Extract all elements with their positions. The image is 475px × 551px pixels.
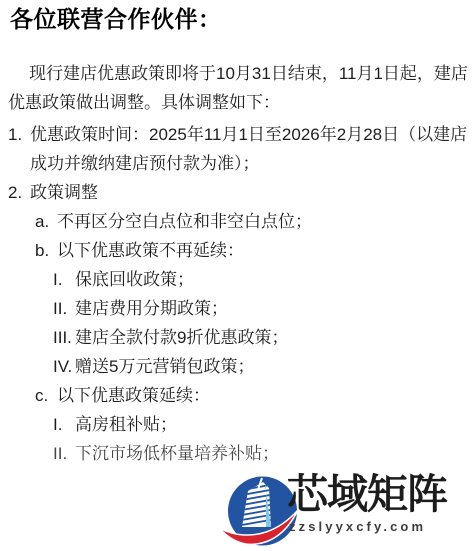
list-marker: IV. — [53, 352, 75, 381]
brand-text-block: 芯域矩阵 zzslyyxcfy.com — [287, 471, 447, 534]
list-item-2b-iv: IV. 赠送5万元营销包政策； — [8, 352, 470, 381]
list-item-2c: c. 以下优惠政策延续： — [8, 381, 470, 410]
list-item-2b-i: I. 保底回收政策； — [8, 265, 470, 294]
brand-name: 芯域矩阵 — [287, 471, 447, 518]
list-text: 政策调整 — [30, 178, 470, 207]
list-item-2b: b. 以下优惠政策不再延续： — [8, 236, 470, 265]
list-item-2c-i: I. 高房租补贴； — [8, 410, 470, 439]
document-page: 各位联营合作伙伴： 现行建店优惠政策即将于10月31日结束，11月1日起，建店优… — [0, 0, 475, 551]
list-marker: b. — [35, 236, 57, 265]
list-item-2b-iii: III. 建店全款付款9折优惠政策； — [8, 323, 470, 352]
brand-url: zzslyyxcfy.com — [289, 519, 447, 534]
list-item-2b-ii: II. 建店费用分期政策； — [8, 294, 470, 323]
list-marker: I. — [53, 410, 75, 439]
list-item-2: 2. 政策调整 — [8, 178, 470, 207]
list-marker: I. — [53, 265, 75, 294]
list-text: 以下优惠政策延续： — [57, 381, 470, 410]
list-item-1: 1. 优惠政策时间：2025年11月1日至2026年2月28日（以建店成功并缴纳… — [8, 120, 470, 178]
list-marker: III. — [53, 323, 75, 352]
list-marker: II. — [53, 439, 75, 468]
list-marker: a. — [35, 207, 57, 236]
list-text: 不再区分空白点位和非空白点位； — [57, 207, 470, 236]
list-item-2c-ii: II. 下沉市场低杯量培养补贴； — [8, 439, 470, 468]
intro-paragraph: 现行建店优惠政策即将于10月31日结束，11月1日起，建店优惠政策做出调整。具体… — [8, 59, 470, 117]
list-text: 赠送5万元营销包政策； — [75, 352, 470, 381]
list-text: 建店全款付款9折优惠政策； — [75, 323, 470, 352]
list-item-2a: a. 不再区分空白点位和非空白点位； — [8, 207, 470, 236]
list-text: 保底回收政策； — [75, 265, 470, 294]
page-title: 各位联营合作伙伴： — [10, 4, 222, 34]
document-body: 现行建店优惠政策即将于10月31日结束，11月1日起，建店优惠政策做出调整。具体… — [8, 59, 470, 468]
policy-list: 1. 优惠政策时间：2025年11月1日至2026年2月28日（以建店成功并缴纳… — [8, 120, 470, 468]
list-text: 高房租补贴； — [75, 410, 470, 439]
list-marker: 2. — [8, 178, 30, 207]
list-text: 优惠政策时间：2025年11月1日至2026年2月28日（以建店成功并缴纳建店预… — [30, 120, 470, 178]
list-marker: II. — [53, 294, 75, 323]
list-marker: 1. — [8, 120, 30, 149]
list-text: 建店费用分期政策； — [75, 294, 470, 323]
list-text: 下沉市场低杯量培养补贴； — [75, 439, 470, 468]
list-marker: c. — [35, 381, 57, 410]
list-text: 以下优惠政策不再延续： — [57, 236, 470, 265]
